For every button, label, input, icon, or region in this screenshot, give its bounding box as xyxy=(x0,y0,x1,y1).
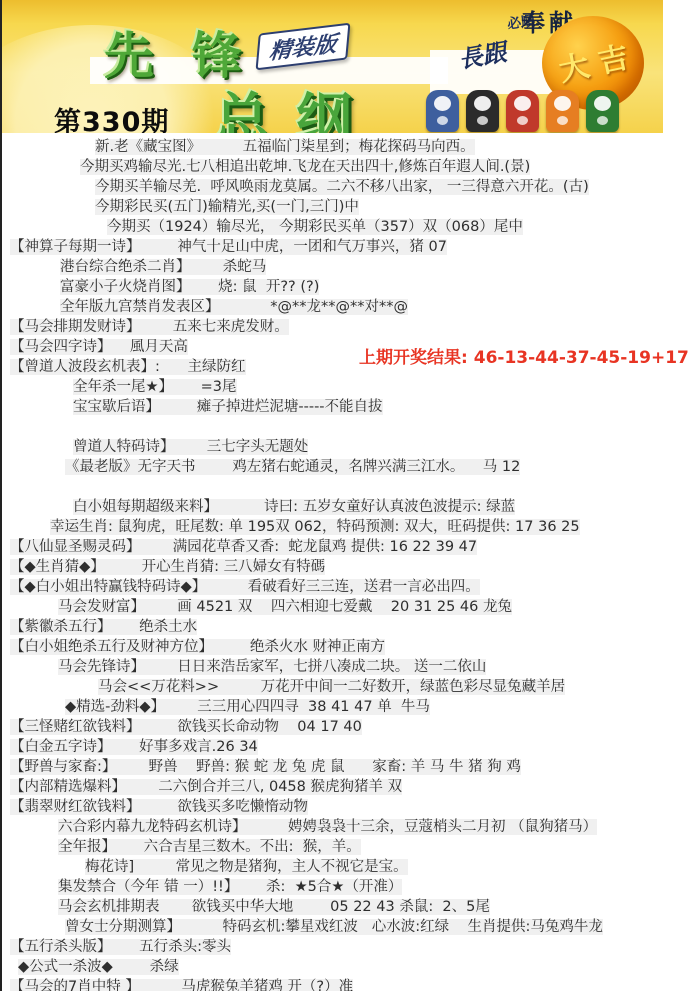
text-line: 今期买鸡输尽光.七八相追出乾坤.飞龙在天出四十,修炼百年遐人间.(景) xyxy=(10,157,691,177)
text-line: 马会先锋诗】 日日来浩岳家军，七拼八凑成二块。 送一二依山 xyxy=(10,657,691,677)
text-line: 【白金五字诗】 好事多戏言.26 34 xyxy=(10,737,691,757)
text-line: 马会玄机排期表 欲钱买中华大地 05 22 43 杀鼠: 2、5尾 xyxy=(10,897,691,917)
text-line: 【神算子每期一诗】 神气十足山中虎，一团和气万事兴，猪 07 xyxy=(10,237,691,257)
text-line: 全年杀一尾★】 =3尾 xyxy=(10,377,691,397)
text-line: 曾女士分期测算】 特码玄机:攀星戏红波 心水波:红绿 生肖提供:马兔鸡牛龙 xyxy=(10,917,691,937)
issue-number: 第330期 xyxy=(54,100,169,133)
mascot-red-icon xyxy=(506,90,539,132)
text-line: 宝宝歇后语】 瘫子掉进烂泥塘-----不能自拔 xyxy=(10,397,691,417)
masthead-header: 先锋 精装版 長跟 必順 奉献 大吉 总纲 第330期 xyxy=(2,0,691,133)
text-line: 幸运生肖: 鼠狗虎，旺尾数: 单 195双 062，特码预测: 双大，旺码提供:… xyxy=(10,517,691,537)
text-line: 六合彩内幕九龙特码玄机诗】 娉娉袅袅十三余，豆蔻梢头二月初 （鼠狗猪马） xyxy=(10,817,691,837)
scan-margin xyxy=(663,0,691,133)
previous-draw-result: 上期开奖结果: 46-13-44-37-45-19+17 xyxy=(359,343,689,368)
body-lines: 新.老《藏宝图》 五福临门柒星到；梅花探码马向西。今期买鸡输尽光.七八相追出乾坤… xyxy=(2,133,691,991)
text-line: 富豪小子火烧肖图】 烧: 鼠 开?? (?) xyxy=(10,277,691,297)
text-line: 【三怪赌红欲钱料】 欲钱买长命动物 04 17 40 xyxy=(10,717,691,737)
text-line: 【五行杀头版】 五行杀头:零头 xyxy=(10,937,691,957)
text-line: 白小姐每期超级来料】 诗曰: 五岁女童好认真波色波提示: 绿蓝 xyxy=(10,497,691,517)
text-line: 港台综合绝杀二肖】 杀蛇马 xyxy=(10,257,691,277)
tip-sheet-page: 先锋 精装版 長跟 必順 奉献 大吉 总纲 第330期 新.老《藏宝图》 五福临… xyxy=(0,0,691,991)
text-line xyxy=(10,477,691,497)
mascot-green-icon xyxy=(586,90,619,132)
text-line: 【野兽与家畜:】 野兽 野兽: 猴 蛇 龙 兔 虎 鼠 家畜: 羊 马 牛 猪 … xyxy=(10,757,691,777)
text-line: 今期买（1924）输尽光， 今期彩民买单（357）双（068）尾中 xyxy=(10,217,691,237)
text-line: 今期彩民买(五门)输精光,买(一门,三门)中 xyxy=(10,197,691,217)
text-line: 【马会的7肖中特 】 马虎猴兔羊猪鸡 开（?）准 xyxy=(10,977,691,991)
text-line: 【八仙显圣赐灵码】 满园花草香又香: 蛇龙鼠鸡 提供: 16 22 39 47 xyxy=(10,537,691,557)
mascot-orange-icon xyxy=(546,90,579,132)
text-line: 集发禁合（今年 错 一）!!】 杀: ★5合★（开准） xyxy=(10,877,691,897)
text-line: 全年版九宫禁肖发表区】 *@**龙**@**对**@ xyxy=(10,297,691,317)
text-line: 【马会排期发财诗】 五来七来虎发财。 xyxy=(10,317,691,337)
text-line: 【翡翠财红欲钱料】 欲钱买多吃懒惰动物 xyxy=(10,797,691,817)
mascot-panda-icon xyxy=(466,90,499,132)
previous-draw-result-numbers: 46-13-44-37-45-19+17 xyxy=(474,348,689,368)
mascot-blue-icon xyxy=(426,90,459,132)
text-line: 曾道人特码诗】 三七字头无题处 xyxy=(10,437,691,457)
text-line: 《最老版》无字天书 鸡左猪右蛇通灵，名牌兴满三江水。 马 12 xyxy=(10,457,691,477)
text-line: 新.老《藏宝图》 五福临门柒星到；梅花探码马向西。 xyxy=(10,137,691,157)
text-line: 今期买羊输尽羌. 呼风唤雨龙莫属。二六不移八出家， 一三得意六开花。(古) xyxy=(10,177,691,197)
text-line: ◆公式一杀波◆ 杀绿 xyxy=(10,957,691,977)
text-line: 【紫徽杀五行】 绝杀土水 xyxy=(10,617,691,637)
text-line: 【内部精选爆料】 二六倒合并三八, 0458 猴虎狗猪羊 双 xyxy=(10,777,691,797)
text-line: 马会发财富】 画 4521 双 四六相迎七爱戴 20 31 25 46 龙兔 xyxy=(10,597,691,617)
page-title: 总纲 xyxy=(214,76,378,133)
text-line: 【◆生肖猜◆】 开心生肖猜: 三八婦女有特碼 xyxy=(10,557,691,577)
text-line: 梅花诗] 常见之物是猪狗，主人不视它是宝。 xyxy=(10,857,691,877)
previous-draw-result-label: 上期开奖结果: xyxy=(359,348,468,368)
luck-ball-text: 大吉 xyxy=(554,30,641,90)
text-line: ◆精选-劲料◆】 三三用心四四寻 38 41 47 单 牛马 xyxy=(10,697,691,717)
text-line: 【◆白小姐出特赢钱特码诗◆】 看破看好三三连，送君一言必出四。 xyxy=(10,577,691,597)
mascots xyxy=(426,90,619,132)
text-line xyxy=(10,417,691,437)
text-line: 全年报】 六合吉星三数木。不出: 猴，羊。 xyxy=(10,837,691,857)
text-line: 马会<<万花料>> 万花开中间一二好数开，绿蓝色彩尽显兔藏羊居 xyxy=(10,677,691,697)
text-line: 【白小姐绝杀五行及财神方位】 绝杀火水 财神正南方 xyxy=(10,637,691,657)
